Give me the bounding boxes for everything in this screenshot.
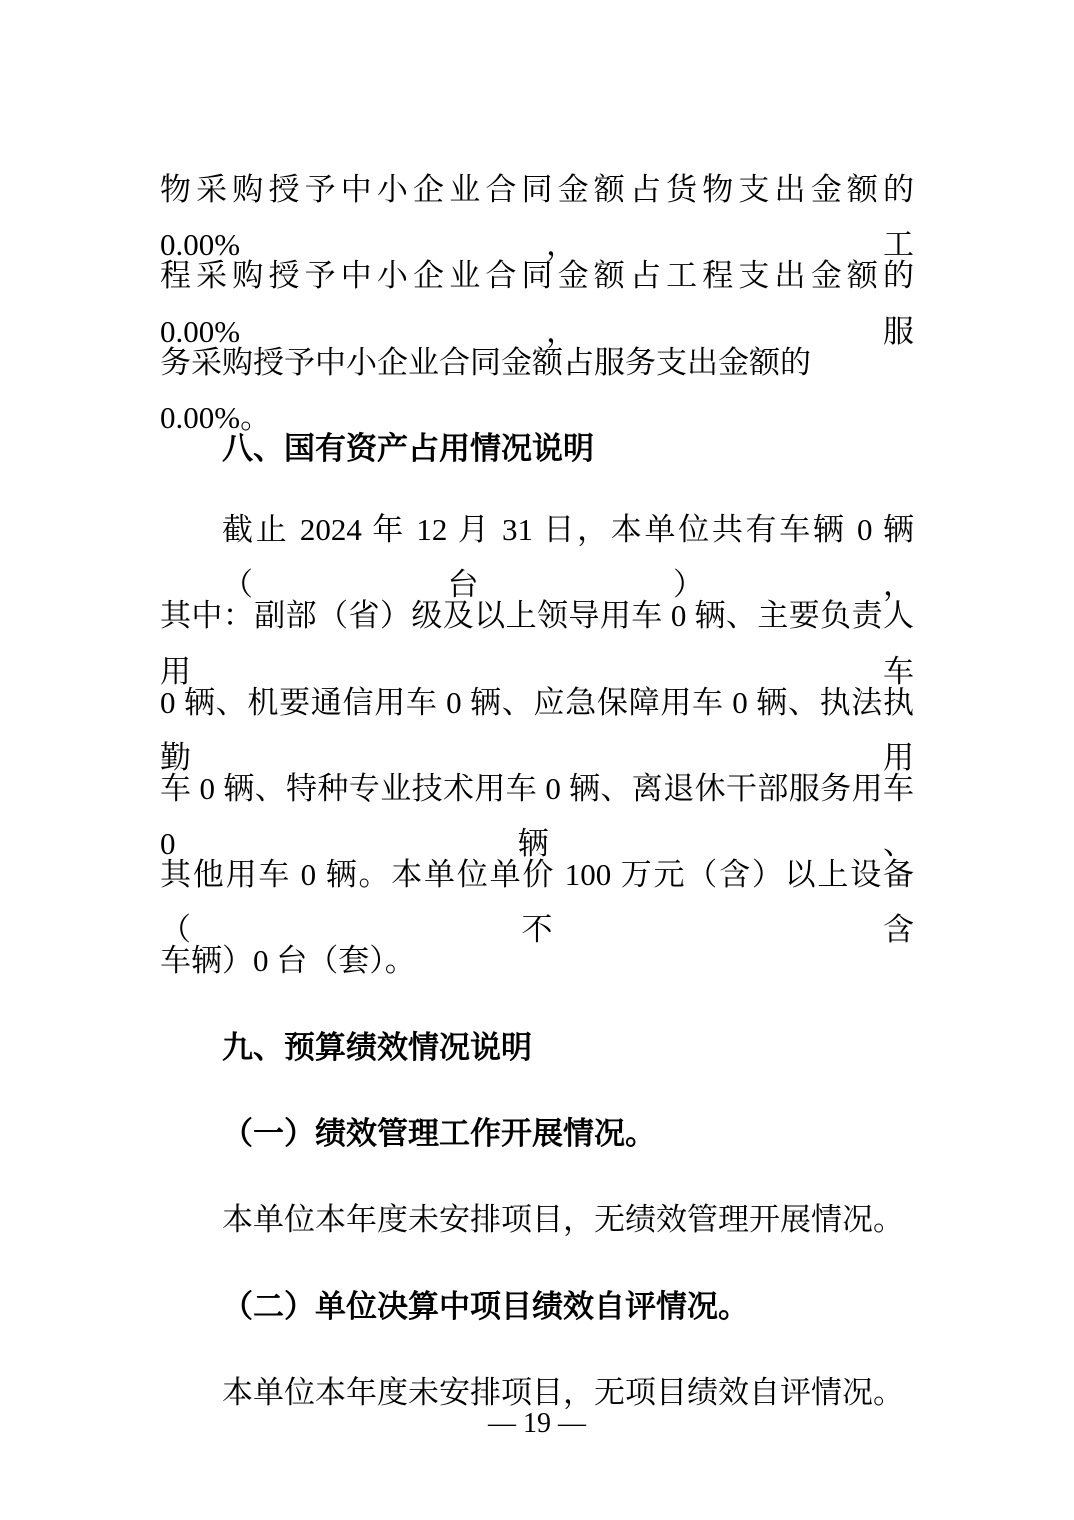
section9-heading: 九、预算绩效情况说明 [160, 1020, 914, 1075]
section8-body-line-3: 0 辆、机要通信用车 0 辆、应急保障用车 0 辆、执法执勤用 [160, 675, 914, 730]
section8-body-line-2: 其中：副部（省）级及以上领导用车 0 辆、主要负责人用车 [160, 588, 914, 643]
section9-sub1-heading: （一）绩效管理工作开展情况。 [160, 1106, 914, 1161]
procurement-paragraph-line-2: 程采购授予中小企业合同金额占工程支出金额的 0.00%，服 [160, 248, 914, 303]
page-number: — 19 — [488, 1408, 586, 1439]
section8-body-line-1: 截止 2024 年 12 月 31 日，本单位共有车辆 0 辆（台）， [160, 502, 914, 557]
section8-heading: 八、国有资产占用情况说明 [160, 421, 914, 476]
section8-body-line-5: 其他用车 0 辆。本单位单价 100 万元（含）以上设备（不含 [160, 847, 914, 902]
section9-sub1-body: 本单位本年度未安排项目，无绩效管理开展情况。 [160, 1192, 914, 1247]
page-footer: — 19 — [0, 1406, 1074, 1442]
document-page: 物采购授予中小企业合同金额占货物支出金额的 0.00%，工 程采购授予中小企业合… [0, 0, 1074, 1520]
section9-sub2-heading: （二）单位决算中项目绩效自评情况。 [160, 1279, 914, 1334]
section8-body-line-4: 车 0 辆、特种专业技术用车 0 辆、离退休干部服务用车 0 辆、 [160, 761, 914, 816]
procurement-paragraph-line-3: 务采购授予中小企业合同金额占服务支出金额的 0.00%。 [160, 335, 914, 390]
procurement-paragraph-line-1: 物采购授予中小企业合同金额占货物支出金额的 0.00%，工 [160, 162, 914, 217]
page-body: 物采购授予中小企业合同金额占货物支出金额的 0.00%，工 程采购授予中小企业合… [160, 131, 914, 1451]
